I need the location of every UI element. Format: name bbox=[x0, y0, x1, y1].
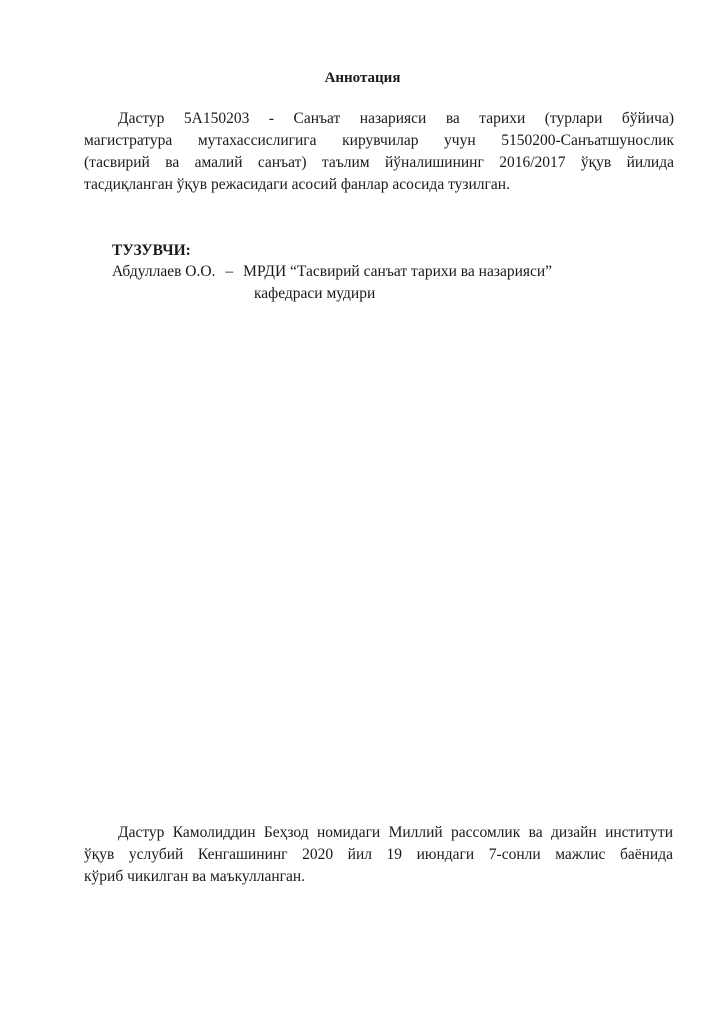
approval-line: ўқув услубий Кенгашининг 2020 йил 19 июн… bbox=[84, 844, 673, 866]
compiler-heading: ТУЗУВЧИ: bbox=[112, 242, 191, 260]
compiler-position: МРДИ “Тасвирий санъат тарихи ва назарияс… bbox=[243, 263, 552, 280]
document-title: Аннотация bbox=[0, 70, 725, 87]
compiler-name: Абдуллаев О.О. bbox=[112, 263, 215, 280]
approval-paragraph: Дастур Камолиддин Беҳзод номидаги Миллий… bbox=[84, 822, 673, 888]
intro-paragraph: Дастур 5А150203 - Санъат назарияси ва та… bbox=[84, 108, 674, 196]
compiler-row: Абдуллаев О.О.–МРДИ “Тасвирий санъат тар… bbox=[112, 261, 552, 283]
compiler-dash: – bbox=[225, 261, 233, 283]
compiler-position-continued: кафедраси мудири bbox=[254, 283, 375, 305]
approval-line: кўриб чикилган ва маъкулланган. bbox=[84, 866, 673, 888]
intro-line: магистратура мутахассислигига кирувчилар… bbox=[84, 130, 674, 152]
intro-line: (тасвирий ва амалий санъат) таълим йўнал… bbox=[84, 152, 674, 174]
intro-line: тасдиқланган ўқув режасидаги асосий фанл… bbox=[84, 174, 674, 196]
intro-line: Дастур 5А150203 - Санъат назарияси ва та… bbox=[84, 108, 674, 130]
approval-line: Дастур Камолиддин Беҳзод номидаги Миллий… bbox=[84, 822, 673, 844]
